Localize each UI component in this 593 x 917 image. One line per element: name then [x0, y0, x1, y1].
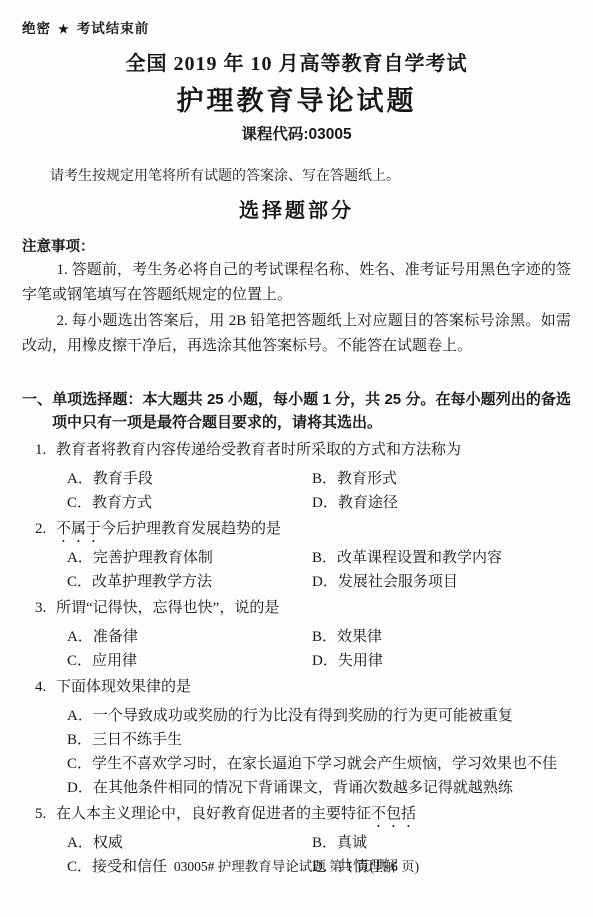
question-text: 教育者将教育内容传递给受教育者时所采取的方式和方法称为 — [56, 442, 461, 458]
option-c: C．应用律 — [67, 649, 312, 673]
exam-session-title: 全国 2019 年 10 月高等教育自学考试 — [22, 51, 571, 77]
question-number: 4. — [35, 675, 56, 699]
question-number: 1. — [35, 438, 56, 462]
question-5-stem: 5.在人本主义理论中，良好教育促进者的主要特征不包括 — [22, 802, 571, 831]
secrecy-line: 绝密★考试结束前 — [22, 20, 571, 38]
star-icon: ★ — [58, 22, 70, 36]
paper-title: 护理教育导论试题 — [22, 84, 571, 118]
course-code-value: 03005 — [309, 126, 352, 143]
option-c: C．学生不喜欢学习时，在家长逼迫下学习就会产生烦恼，学习效果也不佳 — [67, 752, 571, 776]
option-a: A．一个导致成功或奖励的行为比没有得到奖励的行为更可能被重复 — [67, 704, 571, 728]
question-3: 3.所谓“记得快，忘得也快”，说的是 A．准备律 B．效果律 C．应用律 D．失… — [22, 596, 571, 673]
note-item-2: 2. 每小题选出答案后，用 2B 铅笔把答题纸上对应题目的答案标号涂黑。如需改动… — [22, 309, 571, 358]
question-3-options: A．准备律 B．效果律 C．应用律 D．失用律 — [22, 625, 571, 673]
notes-title: 注意事项： — [22, 238, 571, 256]
option-a: A．权威 — [67, 831, 312, 855]
section-heading: 选择题部分 — [22, 198, 571, 224]
question-2-stem: 2.不属于今后护理教育发展趋势的是 — [22, 517, 571, 546]
option-b: B．三日不练手生 — [67, 728, 571, 752]
page-footer: 03005# 护理教育导论试题 第 1 页(共 6 页) — [0, 859, 593, 875]
option-b: B．效果律 — [312, 625, 571, 649]
option-d: D．失用律 — [312, 649, 571, 673]
course-code-label: 课程代码: — [241, 126, 308, 143]
part-one-heading: 一、单项选择题：本大题共 25 小题，每小题 1 分，共 25 分。在每小题列出… — [22, 388, 571, 434]
question-2: 2.不属于今后护理教育发展趋势的是 A．完善护理教育体制 B．改革课程设置和教学… — [22, 517, 571, 594]
option-a: A．完善护理教育体制 — [67, 546, 312, 570]
option-d: D．在其他条件相同的情况下背诵课文，背诵次数越多记得就越熟练 — [67, 776, 571, 800]
question-text: 不属于今后护理教育发展趋势的是 — [56, 521, 281, 537]
question-text: 下面体现效果律的是 — [56, 679, 191, 695]
question-1-options: A．教育手段 B．教育形式 C．教育方式 D．教育途径 — [22, 467, 571, 515]
answer-sheet-instruction: 请考生按规定用笔将所有试题的答案涂、写在答题纸上。 — [22, 166, 571, 185]
option-b: B．教育形式 — [312, 467, 571, 491]
question-4-stem: 4.下面体现效果律的是 — [22, 675, 571, 704]
option-b: B．真诚 — [312, 831, 571, 855]
classification-label: 绝密 — [22, 21, 51, 36]
note-item-1: 1. 答题前，考生务必将自己的考试课程名称、姓名、准考证号用黑色字迹的签字笔或钢… — [22, 258, 571, 307]
option-d: D．教育途径 — [312, 491, 571, 515]
question-number: 3. — [35, 596, 56, 620]
option-c: C．教育方式 — [67, 491, 312, 515]
timing-note: 考试结束前 — [77, 21, 150, 36]
question-list: 1.教育者将教育内容传递给受教育者时所采取的方式和方法称为 A．教育手段 B．教… — [22, 438, 571, 879]
question-1: 1.教育者将教育内容传递给受教育者时所采取的方式和方法称为 A．教育手段 B．教… — [22, 438, 571, 515]
option-d: D．发展社会服务项目 — [312, 570, 571, 594]
exam-paper-page: 绝密★考试结束前 全国 2019 年 10 月高等教育自学考试 护理教育导论试题… — [0, 0, 593, 917]
question-number: 2. — [35, 517, 56, 541]
option-a: A．准备律 — [67, 625, 312, 649]
option-c: C．改革护理教学方法 — [67, 570, 312, 594]
question-text: 所谓“记得快，忘得也快”，说的是 — [56, 600, 279, 616]
question-text: 在人本主义理论中，良好教育促进者的主要特征不包括 — [56, 806, 416, 822]
question-1-stem: 1.教育者将教育内容传递给受教育者时所采取的方式和方法称为 — [22, 438, 571, 467]
option-b: B．改革课程设置和教学内容 — [312, 546, 571, 570]
question-number: 5. — [35, 802, 56, 826]
course-code-line: 课程代码:03005 — [22, 125, 571, 144]
question-2-options: A．完善护理教育体制 B．改革课程设置和教学内容 C．改革护理教学方法 D．发展… — [22, 546, 571, 594]
option-a: A．教育手段 — [67, 467, 312, 491]
question-4-options: A．一个导致成功或奖励的行为比没有得到奖励的行为更可能被重复 B．三日不练手生 … — [22, 704, 571, 800]
question-3-stem: 3.所谓“记得快，忘得也快”，说的是 — [22, 596, 571, 625]
question-4: 4.下面体现效果律的是 A．一个导致成功或奖励的行为比没有得到奖励的行为更可能被… — [22, 675, 571, 800]
